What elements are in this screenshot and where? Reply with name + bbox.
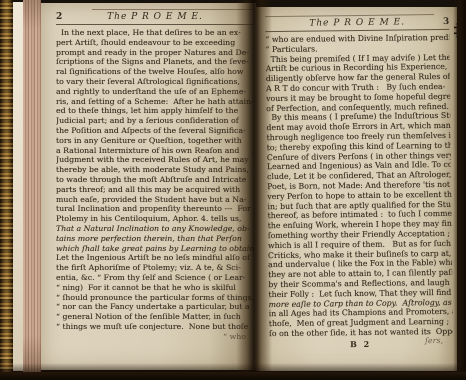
text-line: Judicial part; and by a ſerious conſider…	[56, 116, 254, 126]
ink-dagger-margin-mark: ‡	[454, 21, 461, 41]
right-page-body: “ who are endued with Divine Inſpiration…	[265, 33, 453, 339]
text-line: which ſhall take great pains by Learning…	[56, 244, 254, 254]
right-catchword: ſers,	[425, 336, 443, 345]
text-line: ral ſignifications of the twelve Houſes,…	[56, 67, 254, 77]
right-header-rule	[265, 29, 449, 32]
text-line: ris, and ſetting of a Scheme: After he h…	[56, 97, 254, 107]
left-page-body: In the next place, He that deſires to be…	[56, 28, 254, 332]
text-line: That a Natural Inclination to any Knowle…	[56, 224, 254, 234]
text-line: “ ſhould pronounce the particular forms …	[56, 293, 254, 303]
text-line: Ptolemy in his Centiloquium, Aphor. 4. t…	[56, 214, 254, 224]
signature-mark: B 2	[350, 339, 371, 349]
text-line: “ ning) For it cannot be that he who is …	[56, 283, 254, 293]
left-running-title: The P R O E M E.	[62, 12, 247, 22]
left-page-content: 2 The P R O E M E. 2 In the next place, …	[41, 3, 256, 341]
text-line: thereby be able, with moderate Study and…	[56, 165, 254, 175]
left-header-rule	[56, 24, 254, 25]
right-page-content: 3 The P R O E M E. 3 “ who are endued wi…	[256, 6, 461, 351]
text-line: ſcriptions of the Signs and Planets, and…	[56, 57, 254, 67]
text-line: “ nor can the Fancy undertake a particul…	[56, 302, 254, 312]
book-photograph: 2 The P R O E M E. 2 In the next place, …	[0, 0, 466, 380]
text-line: Judgment with the received Rules of Art,…	[56, 155, 254, 165]
text-line: tors in any Geniture or Queſtion, togeth…	[56, 136, 254, 146]
text-line: prompt and ready in the proper Natures a…	[56, 48, 254, 58]
left-page-header: 2 The P R O E M E. 2	[56, 12, 254, 22]
text-line: and rightly to underſtand the uſe of an …	[56, 87, 254, 97]
left-page: 2 The P R O E M E. 2 In the next place, …	[41, 3, 256, 370]
text-line: the firſt Aphoriſme of Ptolemy; viz. A t…	[56, 263, 254, 273]
cover-board-edge	[13, 2, 23, 371]
text-line: to wade through the moſt Abſtruſe and In…	[56, 175, 254, 185]
left-header-top-rule	[92, 9, 254, 10]
text-line: much eaſe, provided the Student have but…	[56, 195, 254, 205]
stacked-page-edges	[23, 0, 41, 373]
text-line: a Rational Intermixture of his own Reaſo…	[56, 146, 254, 156]
text-line: Let the Ingenious Artiſt be no leſs mind…	[56, 253, 254, 263]
text-line: entia, &c. “ From thy ſelf and Science (…	[56, 273, 254, 283]
text-line: “ things we muſt uſe conjecture. None bu…	[56, 322, 254, 332]
text-line: ed to theſe things, let him apply himſel…	[56, 106, 254, 116]
right-running-title: The P R O E M E.	[271, 17, 443, 29]
table-surface-dark-band	[0, 372, 466, 380]
right-page-header: 3 The P R O E M E. 3	[265, 17, 449, 29]
book-spine-gold-tooling	[0, 0, 13, 380]
text-line: tural Inclination and propenſity thereun…	[56, 204, 254, 214]
left-catchword: “ who	[56, 332, 254, 341]
right-page: 3 The P R O E M E. 3 “ who are endued wi…	[256, 7, 457, 371]
text-line: pert Artiſt, ſhould endeavour to be exce…	[56, 38, 254, 48]
text-line: In the next place, He that deſires to be…	[56, 28, 254, 38]
text-line: the Poſition and Aſpects of the ſeveral …	[56, 126, 254, 136]
text-line: to vary their ſeveral Aſtrological ſigni…	[56, 77, 254, 87]
text-line: tains more perfection therein, than that…	[56, 234, 254, 244]
text-line: “ general Notion of the ſenſible Matter,…	[56, 312, 254, 322]
right-page-number: 3	[443, 17, 449, 27]
text-line: parts threof; and all this may be acquir…	[56, 185, 254, 195]
right-page-footer: B 2 ſers,	[269, 338, 453, 351]
